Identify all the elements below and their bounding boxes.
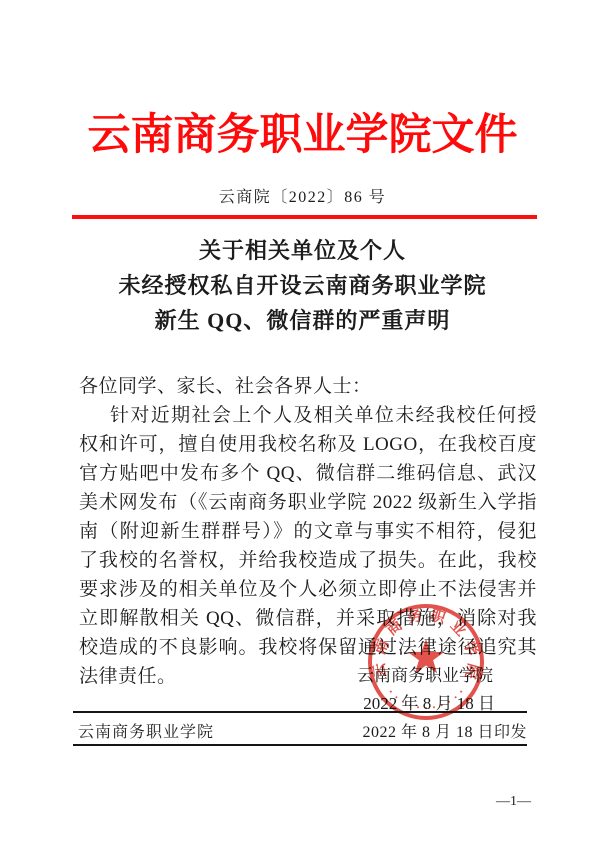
document-page: 云南商务职业学院文件 云商院〔2022〕86 号 关于相关单位及个人 未经授权私… [0, 0, 605, 852]
doc-number: 云商院〔2022〕86 号 [0, 184, 605, 207]
footer-top-rule [73, 711, 527, 713]
signature-org: 云南商务职业学院 [357, 661, 493, 686]
body-text: 各位同学、家长、社会各界人士： 针对近期社会上个人及相关单位未经我校任何授权和许… [79, 372, 537, 691]
footer-print-date: 2022 年 8 月 18 日印发 [362, 719, 527, 742]
document-title-line3: 新生 QQ、微信群的严重声明 [0, 303, 605, 338]
footer-bottom-rule [73, 744, 527, 746]
document-title: 关于相关单位及个人 未经授权私自开设云南商务职业学院 新生 QQ、微信群的严重声… [0, 233, 605, 338]
document-title-line2: 未经授权私自开设云南商务职业学院 [0, 268, 605, 303]
salutation: 各位同学、家长、社会各界人士： [79, 372, 537, 401]
footer-issuer: 云南商务职业学院 [78, 719, 214, 742]
body-paragraph: 针对近期社会上个人及相关单位未经我校任何授权和许可，擅自使用我校名称及 LOGO… [79, 401, 537, 691]
page-number: —1— [496, 794, 531, 810]
document-title-line1: 关于相关单位及个人 [0, 233, 605, 268]
masthead-title: 云南商务职业学院文件 [0, 112, 605, 160]
red-separator-rule [72, 215, 537, 219]
